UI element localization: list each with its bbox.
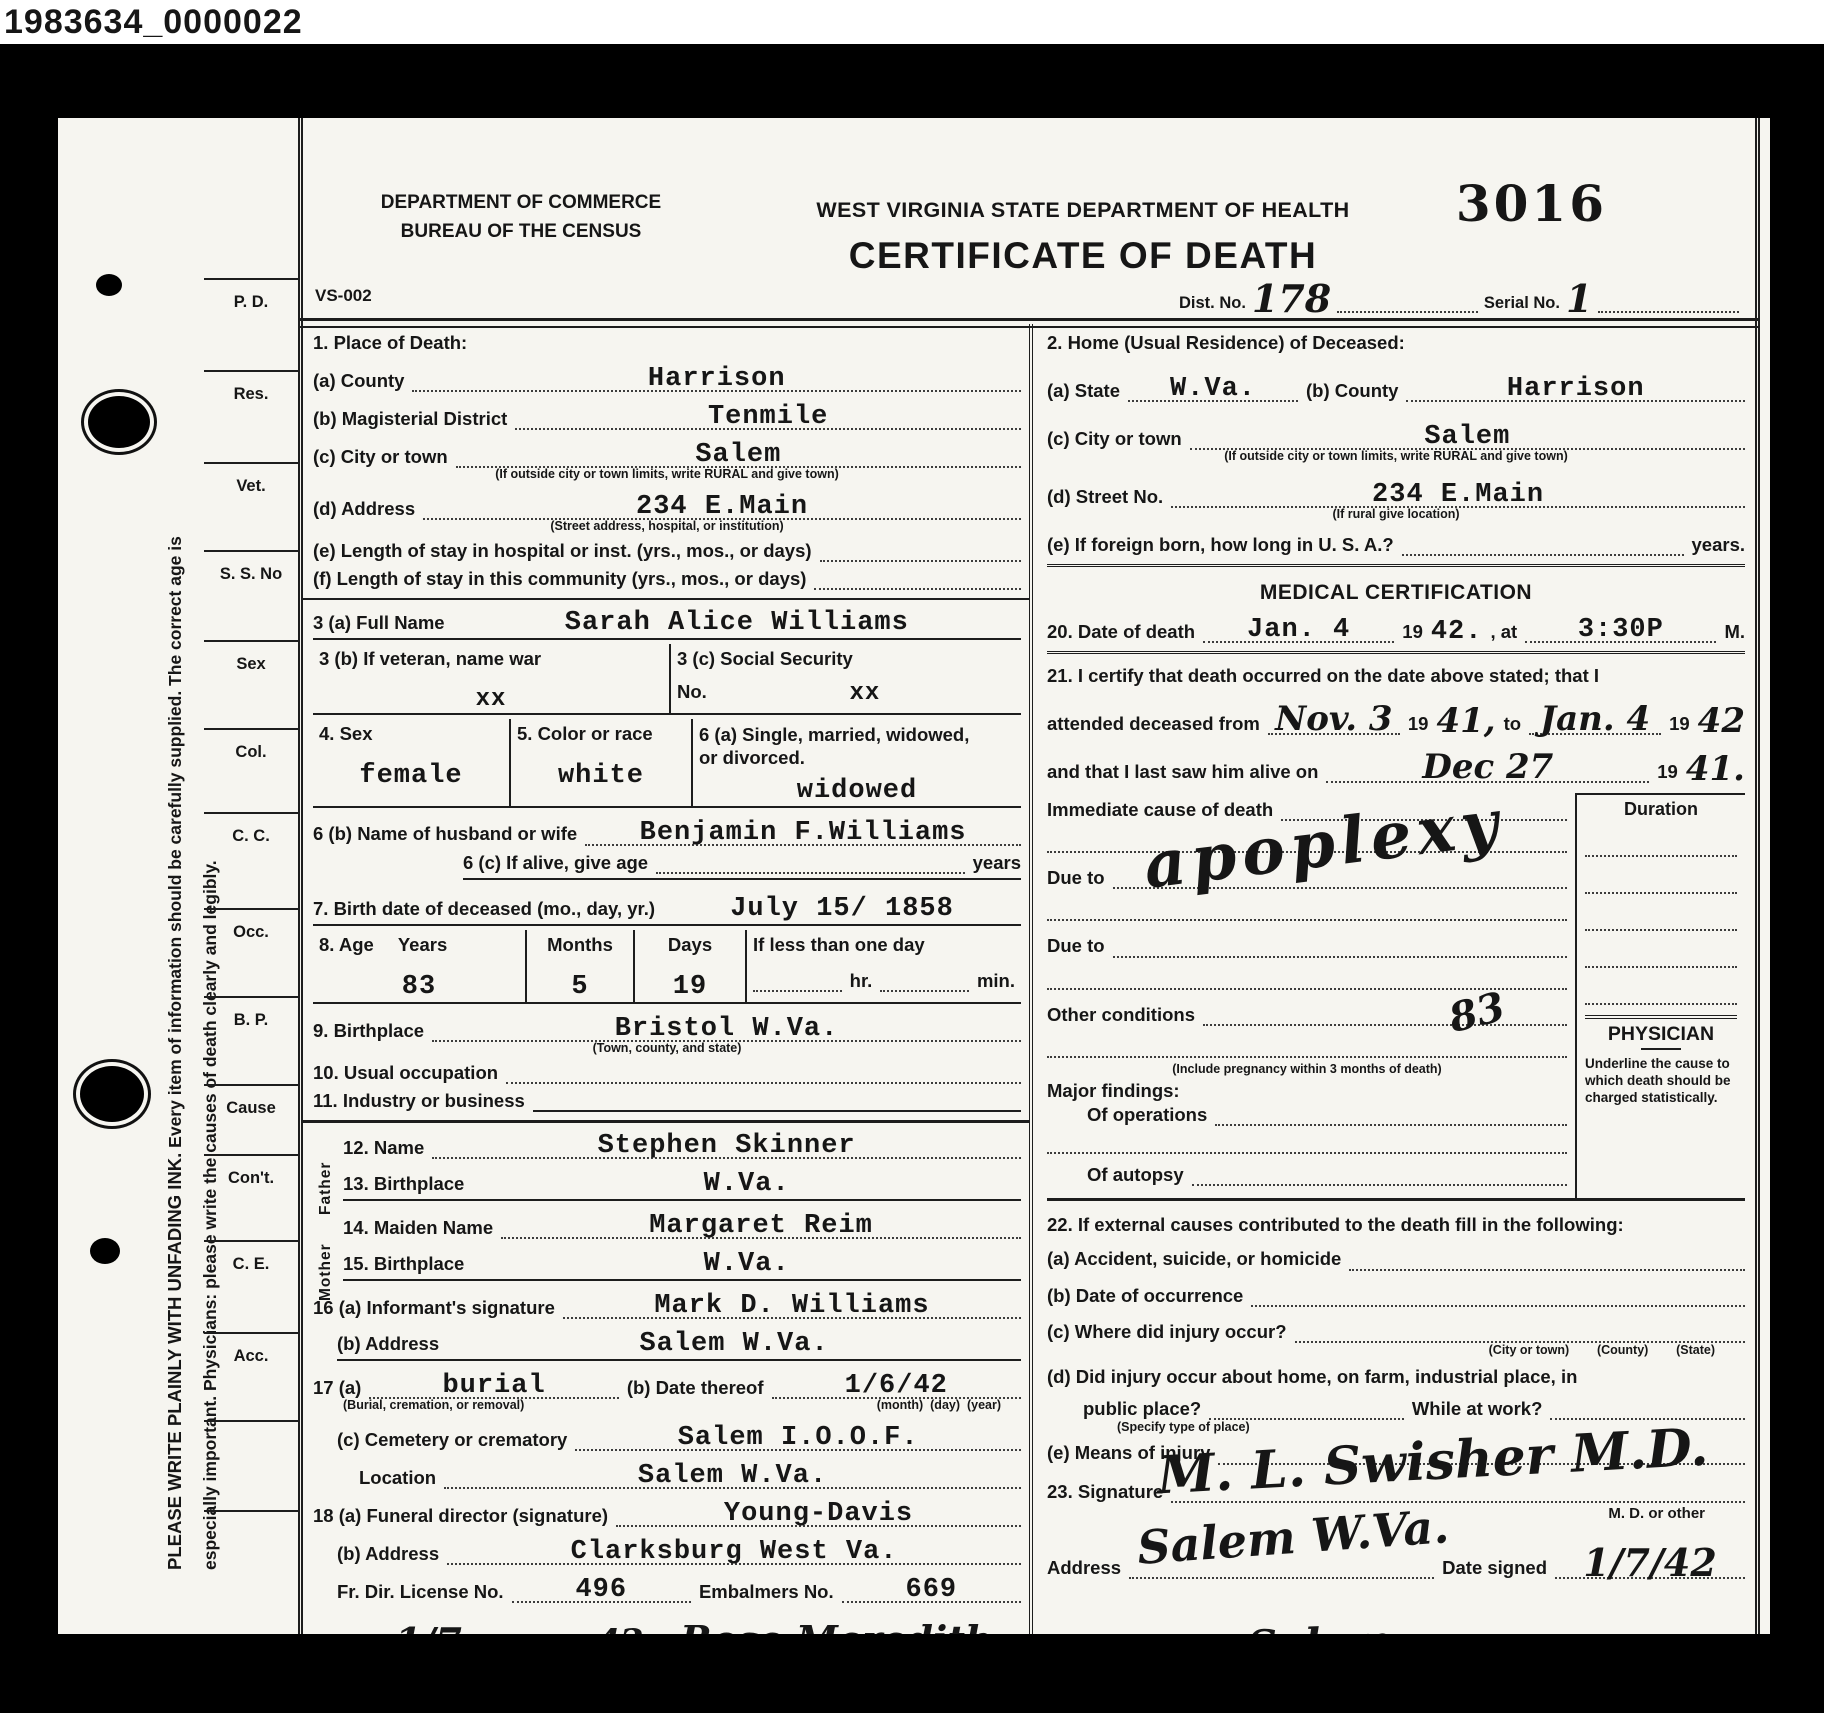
s21-line2: attended deceased from Nov. 3 19 41, to … (1047, 693, 1745, 735)
s3bc-grid: 3 (b) If veteran, name war xx 3 (c) Soci… (313, 644, 1021, 715)
s6c-suffix: years (973, 852, 1021, 874)
s456-grid: 4. Sex female 5. Color or race white 6 (… (313, 719, 1021, 807)
s15-line: W.Va. (472, 1245, 1021, 1275)
s18lic-row: Fr. Dir. License No. 496 Embalmers No. 6… (337, 1571, 1021, 1603)
s8-less-label: If less than one day (753, 934, 1015, 956)
s9-label: 9. Birthplace (313, 1020, 424, 1042)
s17loc-row: Location Salem W.Va. (359, 1457, 1021, 1489)
s2a-label: (a) State (1047, 380, 1120, 402)
s21-lastsaw-label: and that I last saw him alive on (1047, 761, 1318, 783)
due-to-label-2: Due to (1047, 935, 1105, 957)
s2c-value: Salem (1424, 422, 1510, 452)
s12-label: 12. Name (343, 1137, 424, 1159)
s16a-line: Mark D. Williams (563, 1287, 1021, 1319)
cause-main-column: apoplexy 83 Immediate cause of death Due… (1047, 793, 1575, 1198)
form-header: DEPARTMENT OF COMMERCE BUREAU OF THE CEN… (303, 118, 1755, 324)
s2-box: 2. Home (Usual Residence) of Deceased: (… (1047, 324, 1745, 567)
s5-value: white (558, 761, 644, 791)
s14-row: 14. Maiden Name Margaret Reim (343, 1207, 1021, 1239)
left-column: 1. Place of Death: (a) County Harrison (… (303, 324, 1029, 1634)
s19-registrar-line: Rose Meredith (652, 1609, 1021, 1634)
s8-hr-label: hr. (850, 970, 873, 992)
rule (303, 598, 1029, 600)
s13-line: W.Va. (472, 1165, 1021, 1195)
s9-row: 9. Birthplace Bristol W.Va. (313, 1010, 1021, 1042)
s2ab-row: (a) State W.Va. (b) County Harrison (1047, 370, 1745, 402)
s1d-value: 234 E.Main (636, 492, 808, 522)
stub-empty (204, 1510, 298, 1596)
s23-address-row: Salem W.Va. Address Date signed 1/7/42 (1047, 1532, 1745, 1579)
s4-cell: 4. Sex female (313, 719, 509, 805)
stub-ce: C. E. (204, 1240, 298, 1332)
s3b-label: 3 (b) If veteran, name war (319, 648, 663, 670)
s17a-label: 17 (a) (313, 1377, 361, 1399)
of-operations-row: Of operations (1087, 1104, 1567, 1126)
s16b-line: Salem W.Va. (447, 1325, 1021, 1355)
s2e-line (1402, 548, 1684, 556)
pregnancy-note: (Include pregnancy within 3 months of de… (1047, 1062, 1567, 1076)
right-column: 2. Home (Usual Residence) of Deceased: (… (1029, 324, 1755, 1634)
s19-row: 19. Filed 1/7 19 42 Rose Meredith (313, 1609, 1021, 1634)
s6a-value: widowed (797, 776, 917, 806)
s22d-label-line2: public place? (1083, 1398, 1201, 1420)
duration-header: Duration (1585, 799, 1737, 820)
due-to-row-2: Due to (1047, 935, 1567, 957)
hole-punch (80, 1066, 144, 1122)
certificate-form: DEPARTMENT OF COMMERCE BUREAU OF THE CEN… (298, 118, 1760, 1634)
rule (303, 1120, 1029, 1123)
s21-lastsaw-line: Dec 27 (1326, 741, 1649, 783)
margin-instruction-line1: PLEASE WRITE PLAINLY WITH UNFADING INK. … (164, 536, 186, 1570)
s18emb-line: 669 (842, 1571, 1021, 1603)
s18b-row: (b) Address Clarksburg West Va. (337, 1533, 1021, 1565)
s22c-note: (City or town) (County) (State) (1047, 1343, 1715, 1357)
s22b-row: (b) Date of occurrence (1047, 1285, 1745, 1307)
s6a-cell: 6 (a) Single, married, widowed, or divor… (691, 719, 1021, 805)
s8-hr-line (753, 984, 842, 992)
s8-lessday-cell: If less than one day hr. min. (745, 930, 1021, 1002)
s18lic-line: 496 (512, 1571, 691, 1603)
s8-months-cell: Months 5 (525, 930, 633, 1002)
s18lic-value: 496 (575, 1575, 627, 1605)
s20-at-label: , at (1490, 621, 1517, 643)
s3c-cell: 3 (c) Social Security No. xx (669, 644, 1021, 713)
stub-col: Col. (204, 728, 298, 812)
s6b-value: Benjamin F.Williams (640, 818, 967, 848)
s18a-line: Young-Davis (616, 1495, 1021, 1527)
s9-line: Bristol W.Va. (432, 1010, 1021, 1042)
s6a-label-line1: 6 (a) Single, married, widowed, (699, 723, 1015, 746)
registrar-signature: Rose Meredith (680, 1617, 992, 1634)
of-operations-line (1215, 1118, 1567, 1126)
s16b-label: (b) Address (337, 1333, 439, 1355)
of-autopsy-label: Of autopsy (1087, 1164, 1184, 1186)
department-block: DEPARTMENT OF COMMERCE BUREAU OF THE CEN… (351, 188, 691, 247)
s2a-value: W.Va. (1170, 374, 1256, 404)
s21-y1-prefix: 19 (1408, 713, 1429, 735)
s2e-row: (e) If foreign born, how long in U. S. A… (1047, 534, 1745, 556)
s2d-line: 234 E.Main (1171, 476, 1745, 508)
serial-no-handwritten: 1 (1566, 276, 1592, 321)
s2c-line: Salem (1190, 418, 1745, 450)
s3b-value: xx (476, 686, 507, 713)
medical-certification-title: MEDICAL CERTIFICATION (1047, 581, 1745, 605)
s21-y3-handwritten: 41. (1686, 749, 1745, 789)
stub-vet: Vet. (204, 462, 298, 550)
s1e-line (820, 554, 1021, 562)
s22d-row: public place? While at work? (1083, 1398, 1745, 1420)
s1a-line: Harrison (412, 360, 1021, 392)
s3c-no-label: No. (677, 681, 707, 703)
s7-line: July 15/ 1858 (663, 890, 1021, 920)
s16a-value: Mark D. Williams (654, 1291, 929, 1321)
form-code: VS-002 (315, 286, 372, 306)
s2b-value: Harrison (1507, 374, 1645, 404)
s1d-note: (Street address, hospital, or institutio… (313, 520, 1021, 534)
s20-label: 20. Date of death (1047, 621, 1195, 643)
s6a-label-line2: or divorced. (699, 746, 1015, 769)
duration-dotted-line (1585, 931, 1737, 968)
s6c-row: 6 (c) If alive, give age years (463, 852, 1021, 880)
stub-ssno: S. S. No (204, 550, 298, 640)
s1b-label: (b) Magisterial District (313, 408, 507, 430)
s18lic-label: Fr. Dir. License No. (337, 1581, 504, 1603)
s2c-note: (If outside city or town limits, write R… (1047, 450, 1745, 464)
s16a-label: 16 (a) Informant's signature (313, 1297, 555, 1319)
other-conditions-label: Other conditions (1047, 1004, 1195, 1026)
s8-months-value: 5 (571, 972, 588, 1002)
s3c-label: 3 (c) Social Security (677, 648, 1015, 670)
s21-y3-prefix: 19 (1657, 761, 1678, 783)
hole-punch (88, 396, 150, 448)
s18emb-value: 669 (906, 1575, 958, 1605)
s1f-line (814, 582, 1021, 590)
s22b-label: (b) Date of occurrence (1047, 1285, 1243, 1307)
duration-dotted-line (1585, 857, 1737, 894)
s21-y2-prefix: 19 (1669, 713, 1690, 735)
due-to-line-2 (1113, 950, 1567, 958)
s5-label: 5. Color or race (517, 723, 685, 745)
s20-date-line: Jan. 4 (1203, 611, 1394, 643)
duration-dotted-line (1585, 820, 1737, 857)
s1c-line: Salem (456, 436, 1021, 468)
s15-row: 15. Birthplace W.Va. (343, 1245, 1021, 1281)
s18b-label: (b) Address (337, 1543, 439, 1565)
mother-rotated-label: Mother (317, 1217, 335, 1301)
s1a-row: (a) County Harrison (313, 360, 1021, 392)
s20-year-prefix: 19 (1402, 621, 1423, 643)
s17a-line: burial (369, 1367, 618, 1399)
dept-line2: BUREAU OF THE CENSUS (351, 217, 691, 246)
cause-dotted-line (1047, 1126, 1567, 1154)
s21-from-label: attended deceased from (1047, 713, 1260, 735)
district-serial-line: Dist. No. 178 Serial No. 1 (1179, 268, 1739, 313)
s1-title: 1. Place of Death: (313, 332, 1021, 354)
margin-instruction-bold: PLEASE WRITE PLAINLY WITH UNFADING INK. (164, 1153, 185, 1570)
s3c-line: xx (715, 676, 1015, 703)
s1d-row: (d) Address 234 E.Main (313, 488, 1021, 520)
duration-column: Duration PHYSICIAN Underline the cause t… (1575, 793, 1745, 1198)
s2d-row: (d) Street No. 234 E.Main (1047, 476, 1745, 508)
s21-to-line: Jan. 4 (1529, 693, 1661, 735)
s17b-value: 1/6/42 (845, 1371, 948, 1401)
stub-column: P. D. Res. Vet. S. S. No Sex Col. C. C. … (204, 118, 298, 1634)
major-findings-label: Major findings: (1047, 1080, 1567, 1102)
s6b-label: 6 (b) Name of husband or wife (313, 823, 577, 845)
s8-days-value: 19 (673, 972, 707, 1002)
s1d-label: (d) Address (313, 498, 415, 520)
s2d-value: 234 E.Main (1372, 480, 1544, 510)
s1c-note: (If outside city or town limits, write R… (313, 468, 1021, 482)
s8-label: 8. Age (319, 934, 374, 956)
s10-line (506, 1076, 1021, 1084)
stub-pd: P. D. (204, 278, 298, 370)
s21-from-line: Nov. 3 (1268, 693, 1400, 735)
s13-row: 13. Birthplace W.Va. (343, 1165, 1021, 1201)
s22a-label: (a) Accident, suicide, or homicide (1047, 1248, 1341, 1270)
s17c-value: Salem I.O.O.F. (678, 1423, 919, 1453)
s4-value: female (359, 761, 462, 791)
s1a-label: (a) County (313, 370, 404, 392)
s3b-cell: 3 (b) If veteran, name war xx (313, 644, 669, 713)
hole-punch (90, 1238, 120, 1264)
s8-days-cell: Days 19 (633, 930, 745, 1002)
father-rotated-label: Father (317, 1131, 335, 1215)
s18a-label: 18 (a) Funeral director (signature) (313, 1505, 608, 1527)
s1d-line: 234 E.Main (423, 488, 1021, 520)
s20-m-label: M. (1724, 621, 1745, 643)
s19-year-handwritten: 42 (596, 1622, 643, 1634)
s22d-label-line1: (d) Did injury occur about home, on farm… (1047, 1365, 1745, 1388)
s17loc-value: Salem W.Va. (638, 1461, 827, 1491)
serial-no-line (1598, 305, 1739, 313)
s12-value: Stephen Skinner (598, 1131, 856, 1161)
s10-label: 10. Usual occupation (313, 1062, 498, 1084)
physician-header: PHYSICIAN (1585, 1023, 1737, 1046)
stub-cc: C. C. (204, 812, 298, 908)
s1b-line: Tenmile (515, 398, 1021, 430)
s1c-row: (c) City or town Salem (313, 436, 1021, 468)
s17b-label: (b) Date thereof (627, 1377, 764, 1399)
s21-to-label: to (1504, 713, 1521, 735)
stub-occ: Occ. (204, 908, 298, 996)
s7-label: 7. Birth date of deceased (mo., day, yr.… (313, 898, 655, 920)
s3a-row: 3 (a) Full Name Sarah Alice Williams (313, 604, 1021, 640)
s13-label: 13. Birthplace (343, 1173, 464, 1195)
s18b-value: Clarksburg West Va. (571, 1537, 898, 1567)
margin-instruction-rest: Every item of information should be care… (165, 536, 185, 1153)
s18b-line: Clarksburg West Va. (447, 1533, 1021, 1565)
s11-label: 11. Industry or business (313, 1090, 525, 1112)
s22c-row: (c) Where did injury occur? (1047, 1321, 1745, 1343)
s6c-line (656, 866, 965, 874)
s17loc-label: Location (359, 1467, 436, 1489)
stub-bp: B. P. (204, 996, 298, 1084)
serial-no-label: Serial No. (1484, 294, 1560, 313)
s15-label: 15. Birthplace (343, 1253, 464, 1275)
of-autopsy-row: Of autopsy (1087, 1164, 1567, 1186)
dist-no-label: Dist. No. (1179, 294, 1246, 313)
cause-of-death-box: apoplexy 83 Immediate cause of death Due… (1047, 793, 1745, 1201)
death-certificate-document: PLEASE WRITE PLAINLY WITH UNFADING INK. … (58, 118, 1770, 1634)
s6c-label: 6 (c) If alive, give age (463, 852, 648, 874)
s21-from-handwritten: Nov. 3 (1275, 699, 1392, 739)
s21-to-handwritten: Jan. 4 (1540, 699, 1650, 739)
s16b-row: (b) Address Salem W.Va. (337, 1325, 1021, 1361)
s10-row: 10. Usual occupation (313, 1062, 1021, 1084)
s4-label: 4. Sex (319, 723, 503, 745)
stub-cause: Cause (204, 1084, 298, 1154)
s12-row: 12. Name Stephen Skinner (343, 1127, 1021, 1159)
s2-title: 2. Home (Usual Residence) of Deceased: (1047, 332, 1745, 354)
hole-punch (96, 274, 122, 296)
s23-address-line2: Salem (1047, 1579, 1745, 1634)
s8-days-label: Days (641, 934, 739, 956)
s1e-row: (e) Length of stay in hospital or inst. … (313, 540, 1021, 562)
of-autopsy-line (1192, 1178, 1567, 1186)
s11-row: 11. Industry or business (313, 1090, 1021, 1112)
s20-time-line: 3:30P (1525, 611, 1716, 643)
s18a-row: 18 (a) Funeral director (signature) Youn… (313, 1495, 1021, 1527)
s2c-row: (c) City or town Salem (1047, 418, 1745, 450)
s2b-line: Harrison (1406, 370, 1745, 402)
s14-line: Margaret Reim (501, 1207, 1021, 1239)
stub-empty (204, 1420, 298, 1510)
duration-dotted-line (1585, 894, 1737, 931)
s6b-row: 6 (b) Name of husband or wife Benjamin F… (313, 814, 1021, 846)
s17loc-line: Salem W.Va. (444, 1457, 1021, 1489)
stub-acc: Acc. (204, 1332, 298, 1420)
s23-block: M. L. Swisher M.D. 23. Signature M. D. o… (1047, 1465, 1745, 1635)
s22a-row: (a) Accident, suicide, or homicide (1047, 1248, 1745, 1270)
s21-line1: 21. I certify that death occurred on the… (1047, 664, 1745, 687)
s20-date-value: Jan. 4 (1247, 615, 1350, 645)
s21-block: 21. I certify that death occurred on the… (1047, 654, 1745, 783)
s18emb-label: Embalmers No. (699, 1581, 834, 1603)
address-handwritten-line2: Salem (1246, 1616, 1392, 1634)
s3a-value: Sarah Alice Williams (565, 608, 909, 638)
state-department-line: WEST VIRGINIA STATE DEPARTMENT OF HEALTH (703, 198, 1463, 223)
s17c-label: (c) Cemetery or crematory (337, 1429, 567, 1451)
s23-address-label: Address (1047, 1557, 1121, 1579)
s22c-line (1295, 1335, 1746, 1343)
s17b-line: 1/6/42 (772, 1367, 1021, 1399)
s22b-line (1251, 1299, 1745, 1307)
dist-no-line (1337, 305, 1478, 313)
s2e-label: (e) If foreign born, how long in U. S. A… (1047, 534, 1394, 556)
s15-value: W.Va. (704, 1249, 790, 1279)
s21-y1-handwritten: 41, (1436, 701, 1495, 741)
certificate-stamp-number: 3016 (1456, 174, 1607, 233)
stub-sex: Sex (204, 640, 298, 728)
s11-line (533, 1104, 1021, 1112)
s20-time-value: 3:30P (1578, 615, 1664, 645)
s8-min-line (880, 984, 969, 992)
stub-res: Res. (204, 370, 298, 462)
cause-dotted-line (1047, 889, 1567, 921)
s13-value: W.Va. (704, 1169, 790, 1199)
s9-value: Bristol W.Va. (615, 1014, 839, 1044)
s8-grid: 8. Age Years 83 Months 5 Days 19 I (313, 930, 1021, 1004)
s17b-note: (month) (day) (year) (877, 1399, 1001, 1413)
scan-file-id: 1983634_0000022 (0, 0, 1824, 44)
s3c-value: xx (850, 680, 881, 707)
s20-year-value: 42. (1431, 617, 1483, 647)
s12-line: Stephen Skinner (432, 1127, 1021, 1159)
s7-value: July 15/ 1858 (730, 894, 954, 924)
s2d-note: (If rural give location) (1047, 508, 1745, 522)
s2e-suffix: years. (1692, 534, 1746, 556)
s14-label: 14. Maiden Name (343, 1217, 493, 1239)
s22c-label: (c) Where did injury occur? (1047, 1321, 1287, 1343)
s1c-label: (c) City or town (313, 446, 448, 468)
physician-note: Underline the cause to which death shoul… (1585, 1056, 1737, 1107)
duration-dotted-line (1585, 968, 1737, 1005)
s17a-note: (Burial, cremation, or removal) (343, 1399, 524, 1413)
s2d-label: (d) Street No. (1047, 486, 1163, 508)
s2a-line: W.Va. (1128, 370, 1298, 402)
s2c-label: (c) City or town (1047, 428, 1182, 450)
parents-block: Father Mother 12. Name Stephen Skinner 1… (313, 1125, 1021, 1281)
s8-min-label: min. (977, 970, 1015, 992)
scan-header-bar: 1983634_0000022 (0, 0, 1824, 44)
s22-title: 22. If external causes contributed to th… (1047, 1213, 1745, 1236)
dist-no-handwritten: 178 (1252, 276, 1331, 321)
s20-row: 20. Date of death Jan. 4 19 42. , at 3:3… (1047, 611, 1745, 654)
physician-divider: PHYSICIAN Underline the cause to which d… (1585, 1015, 1737, 1107)
s23-datesigned-line: 1/7/42 (1555, 1532, 1745, 1579)
stub-cont: Con't. (204, 1154, 298, 1240)
s8-months-label: Months (533, 934, 627, 956)
s3a-label: 3 (a) Full Name (313, 612, 445, 634)
s1f-row: (f) Length of stay in this community (yr… (313, 568, 1021, 590)
s21-y2-handwritten: 42 (1698, 701, 1745, 741)
s21-line3: and that I last saw him alive on Dec 27 … (1047, 741, 1745, 783)
s17a-row: 17 (a) burial (b) Date thereof 1/6/42 (313, 1367, 1021, 1399)
state-header-block: WEST VIRGINIA STATE DEPARTMENT OF HEALTH… (703, 198, 1463, 277)
s5-cell: 5. Color or race white (509, 719, 691, 805)
s8-years-cell: 8. Age Years 83 (313, 930, 525, 1002)
s19-filed-handwritten: 1/7 (395, 1619, 462, 1634)
s22d-publicplace-line (1209, 1412, 1404, 1420)
s17c-line: Salem I.O.O.F. (575, 1419, 1021, 1451)
s1b-value: Tenmile (708, 402, 828, 432)
s8-years-value: 83 (402, 972, 436, 1002)
of-operations-label: Of operations (1087, 1104, 1207, 1126)
other-conditions-line (1203, 1018, 1567, 1026)
s1a-value: Harrison (648, 364, 786, 394)
s16a-row: 16 (a) Informant's signature Mark D. Wil… (313, 1287, 1021, 1319)
s23-label: 23. Signature (1047, 1481, 1163, 1503)
s21-lastsaw-handwritten: Dec 27 (1422, 747, 1553, 787)
dept-line1: DEPARTMENT OF COMMERCE (351, 188, 691, 217)
s1b-row: (b) Magisterial District Tenmile (313, 398, 1021, 430)
s1f-label: (f) Length of stay in this community (yr… (313, 568, 806, 590)
s17c-row: (c) Cemetery or crematory Salem I.O.O.F. (337, 1419, 1021, 1451)
s23-datesigned-label: Date signed (1442, 1557, 1547, 1579)
s2b-label: (b) County (1306, 380, 1398, 402)
s1c-value: Salem (695, 440, 781, 470)
physician-underline (1641, 1048, 1681, 1050)
s22a-line (1349, 1263, 1745, 1271)
s14-value: Margaret Reim (649, 1211, 873, 1241)
s7-row: 7. Birth date of deceased (mo., day, yr.… (313, 890, 1021, 926)
s18a-value: Young-Davis (724, 1499, 913, 1529)
s3a-line: Sarah Alice Williams (453, 604, 1021, 634)
s22d-atwork-label: While at work? (1412, 1398, 1543, 1420)
s17a-value: burial (442, 1371, 545, 1401)
due-to-label-1: Due to (1047, 867, 1105, 889)
